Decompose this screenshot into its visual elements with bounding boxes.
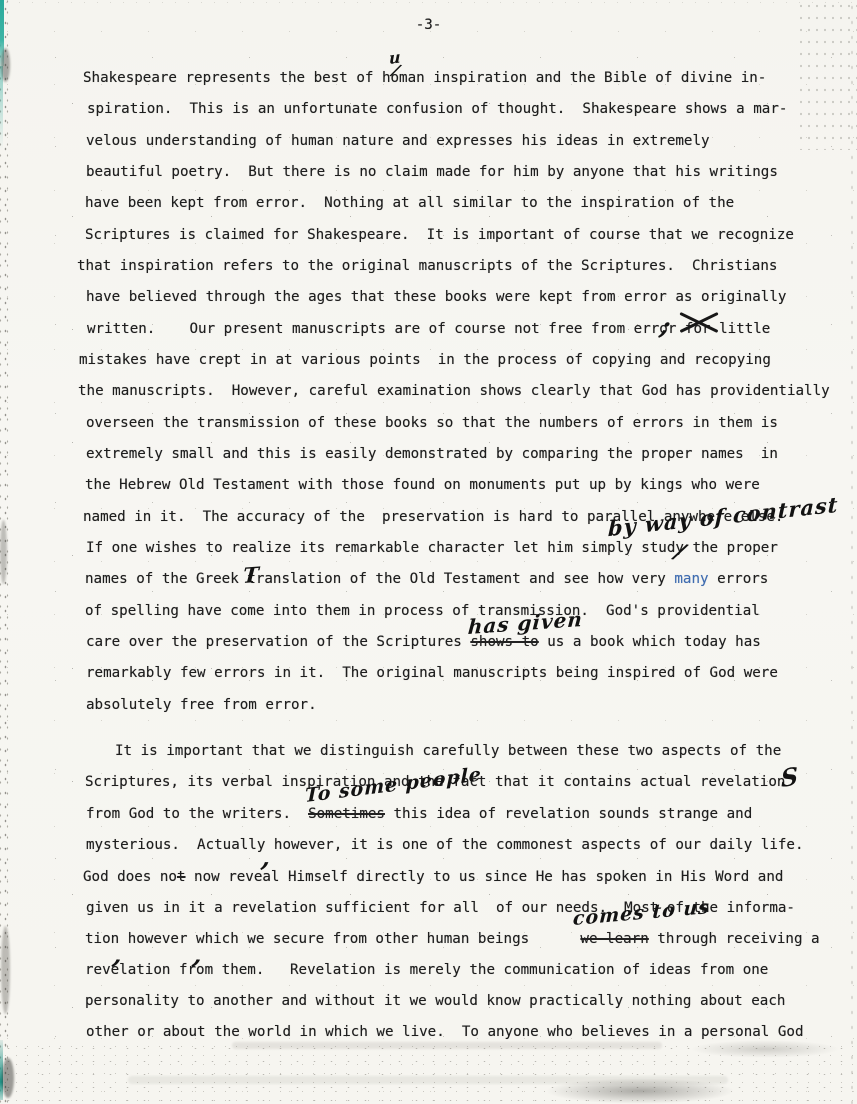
scan-artifact — [1, 48, 10, 82]
typed-line: God does not now reveal Himself directly… — [83, 866, 783, 888]
typed-text: that inspiration refers to the original … — [77, 258, 777, 274]
handwritten-annotation: S — [780, 761, 799, 793]
typed-text: mistakes have crept in at various points… — [79, 352, 771, 368]
typed-line: Scriptures is claimed for Shakespeare. I… — [85, 224, 794, 246]
scan-artifact — [128, 1076, 728, 1084]
scan-artifact — [0, 520, 7, 584]
typed-text: of spelling have come into them in proce… — [85, 603, 760, 619]
typed-text: other or about the world in which we liv… — [86, 1024, 804, 1040]
handwritten-annotation: T — [242, 562, 260, 588]
typed-text: have been kept from error. Nothing at al… — [85, 195, 734, 211]
typed-line: personality to another and without it we… — [85, 990, 785, 1012]
typed-line: care over the preservation of the Script… — [86, 631, 761, 653]
typed-line: other or about the world in which we liv… — [86, 1021, 804, 1043]
typed-text: beautiful poetry. But there is no claim … — [86, 164, 778, 180]
typed-line: have been kept from error. Nothing at al… — [85, 192, 734, 214]
typed-line: have believed through the ages that thes… — [86, 286, 786, 308]
typed-text: velous understanding of human nature and… — [86, 133, 710, 149]
typed-text: absolutely free from error. — [86, 697, 317, 713]
struck-text: t — [177, 869, 186, 885]
scan-edge-artifact — [0, 1040, 3, 1100]
typed-text: this idea of revelation sounds strange a… — [385, 806, 752, 822]
scan-artifact — [545, 1078, 735, 1104]
typed-text: now reveal Himself directly to us since … — [186, 869, 784, 885]
typed-line: extremely small and this is easily demon… — [86, 443, 778, 465]
handwritten-x-mark — [678, 307, 720, 335]
typed-text: have believed through the ages that thes… — [86, 289, 786, 305]
scan-edge-artifact — [0, 0, 4, 66]
scan-artifact — [0, 1042, 857, 1104]
typed-text: extremely small and this is easily demon… — [86, 446, 778, 462]
typed-line: mysterious. Actually however, it is one … — [86, 834, 804, 856]
typed-line: mistakes have crept in at various points… — [79, 349, 771, 371]
typed-line: absolutely free from error. — [86, 694, 317, 716]
typed-line: Shakespeare represents the best of homan… — [83, 67, 766, 89]
typed-text: Shakespeare represents the best of homan… — [83, 70, 766, 86]
typed-text: It is important that we distinguish care… — [115, 743, 781, 759]
typed-line: of spelling have come into them in proce… — [85, 600, 760, 622]
typed-text: overseen the transmission of these books… — [86, 415, 778, 431]
typed-line: spiration. This is an unfortunate confus… — [87, 98, 787, 120]
typed-line: that inspiration refers to the original … — [77, 255, 777, 277]
typed-text: spiration. This is an unfortunate confus… — [87, 101, 787, 117]
typed-text: remarkably few errors in it. The origina… — [86, 665, 778, 681]
typed-text: names of the Greek translation of the Ol… — [85, 571, 674, 587]
typed-line: remarkably few errors in it. The origina… — [86, 662, 778, 684]
typed-text: care over the preservation of the Script… — [86, 634, 470, 650]
typed-text: errors — [709, 571, 769, 587]
scan-artifact — [2, 1058, 14, 1098]
typed-text: the manuscripts. However, careful examin… — [78, 383, 830, 399]
scan-artifact — [849, 0, 857, 1104]
typed-text: mysterious. Actually however, it is one … — [86, 837, 804, 853]
page-number: -3- — [0, 17, 857, 33]
typed-text: God does no — [83, 869, 177, 885]
typed-text: personality to another and without it we… — [85, 993, 785, 1009]
scan-artifact — [0, 0, 13, 1104]
scan-artifact — [232, 1042, 662, 1049]
typed-text: tion however which we secure from other … — [85, 931, 580, 947]
scan-artifact — [0, 0, 857, 7]
typed-line: It is important that we distinguish care… — [115, 740, 781, 762]
typed-text: written. Our present manuscripts are of … — [87, 321, 685, 337]
typed-text: the Hebrew Old Testament with those foun… — [85, 477, 760, 493]
handwritten-annotation: To some people — [305, 763, 482, 807]
typed-line: revelation from them. Revelation is mere… — [85, 959, 768, 981]
struck-text: Sometimes — [308, 806, 385, 822]
blue-typed-text: many — [674, 571, 708, 587]
typed-line: velous understanding of human nature and… — [86, 130, 710, 152]
typed-line: beautiful poetry. But there is no claim … — [86, 161, 778, 183]
typed-line: from God to the writers. Sometimes this … — [86, 803, 752, 825]
scanned-document-page: -3- Shakespeare represents the best of h… — [0, 0, 857, 1104]
typed-text: revelation from them. Revelation is mere… — [85, 962, 768, 978]
typed-text: through receiving a — [649, 931, 820, 947]
typed-line: the manuscripts. However, careful examin… — [78, 380, 830, 402]
typed-line: the Hebrew Old Testament with those foun… — [85, 474, 760, 496]
typed-line: names of the Greek translation of the Ol… — [85, 568, 768, 590]
scan-artifact — [1, 926, 10, 1014]
typed-text: us a book which today has — [539, 634, 761, 650]
struck-text: we learn — [580, 931, 648, 947]
handwritten-annotation: by way of contrast — [608, 492, 839, 541]
typed-text: from God to the writers. — [86, 806, 308, 822]
typed-text: Scriptures is claimed for Shakespeare. I… — [85, 227, 794, 243]
scan-edge-artifact — [0, 66, 3, 150]
typed-line: overseen the transmission of these books… — [86, 412, 778, 434]
